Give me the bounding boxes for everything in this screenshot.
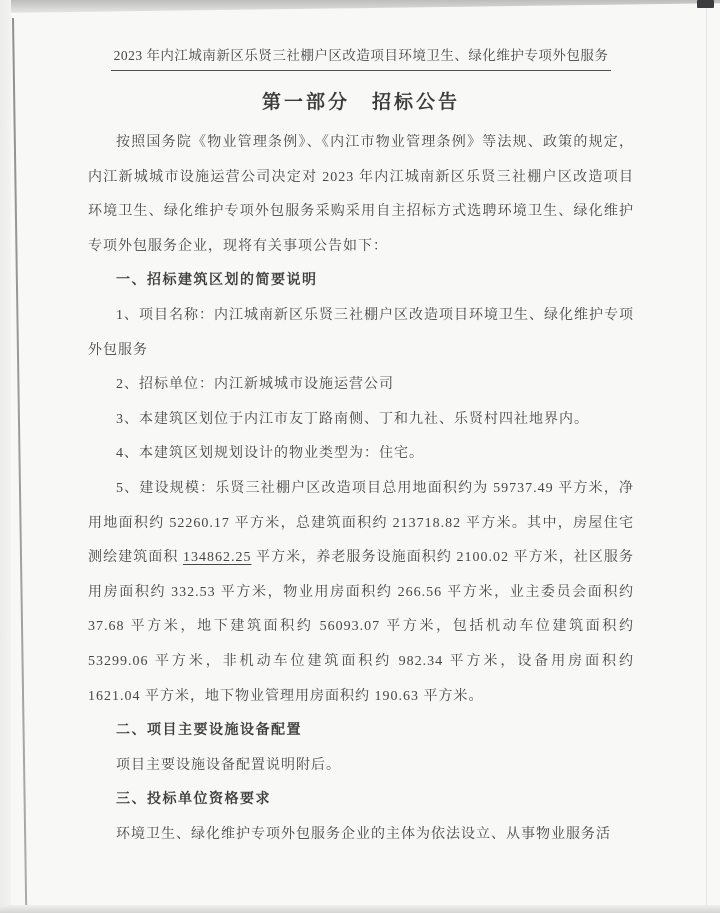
underlined-floor-area-value: 134862.25 <box>183 550 252 565</box>
document-body: 按照国务院《物业管理条例》、《内江市物业管理条例》等法规、政策的规定，内江新城城… <box>88 126 634 852</box>
scan-right-edge <box>706 8 707 905</box>
section-1-item-property-type: 4、本建筑区划规划设计的物业类型为：住宅。 <box>88 437 634 472</box>
section-1-heading: 一、招标建筑区划的简要说明 <box>88 264 634 299</box>
intro-paragraph: 按照国务院《物业管理条例》、《内江市物业管理条例》等法规、政策的规定，内江新城城… <box>88 126 634 264</box>
section-3-heading: 三、投标单位资格要求 <box>88 783 634 818</box>
section-1-item-location: 3、本建筑区划位于内江市友丁路南侧、丁和九社、乐贤村四社地界内。 <box>88 403 634 438</box>
running-header-row: 2023 年内江城南新区乐贤三社棚户区改造项目环境卫生、绿化维护专项外包服务 <box>88 44 634 71</box>
construction-scale-text-after: 平方米，养老服务设施面积约 2100.02 平方米，社区服务用房面积约 332.… <box>88 550 634 703</box>
part-title: 第一部分 招标公告 <box>88 87 634 114</box>
scan-left-crease <box>12 18 27 907</box>
section-2-heading: 二、项目主要设施设备配置 <box>88 714 634 749</box>
scan-bottom-edge <box>0 905 720 913</box>
scan-left-band <box>0 0 11 913</box>
section-3-body: 环境卫生、绿化维护专项外包服务企业的主体为依法设立、从事物业服务活 <box>88 818 634 853</box>
document-content: 2023 年内江城南新区乐贤三社棚户区改造项目环境卫生、绿化维护专项外包服务 第… <box>88 44 634 852</box>
section-1-item-construction-scale: 5、建设规模：乐贤三社棚户区改造项目总用地面积约为 59737.49 平方米，净… <box>88 472 634 714</box>
section-1-item-project-name: 1、项目名称：内江城南新区乐贤三社棚户区改造项目环境卫生、绿化维护专项外包服务 <box>88 299 634 368</box>
scan-top-edge <box>0 0 720 13</box>
scan-corner-mark <box>697 0 714 8</box>
scanned-document-page: 2023 年内江城南新区乐贤三社棚户区改造项目环境卫生、绿化维护专项外包服务 第… <box>0 0 720 913</box>
section-1-item-tender-unit: 2、招标单位：内江新城城市设施运营公司 <box>88 368 634 403</box>
running-header: 2023 年内江城南新区乐贤三社棚户区改造项目环境卫生、绿化维护专项外包服务 <box>111 44 612 71</box>
section-2-body: 项目主要设施设备配置说明附后。 <box>88 749 634 784</box>
